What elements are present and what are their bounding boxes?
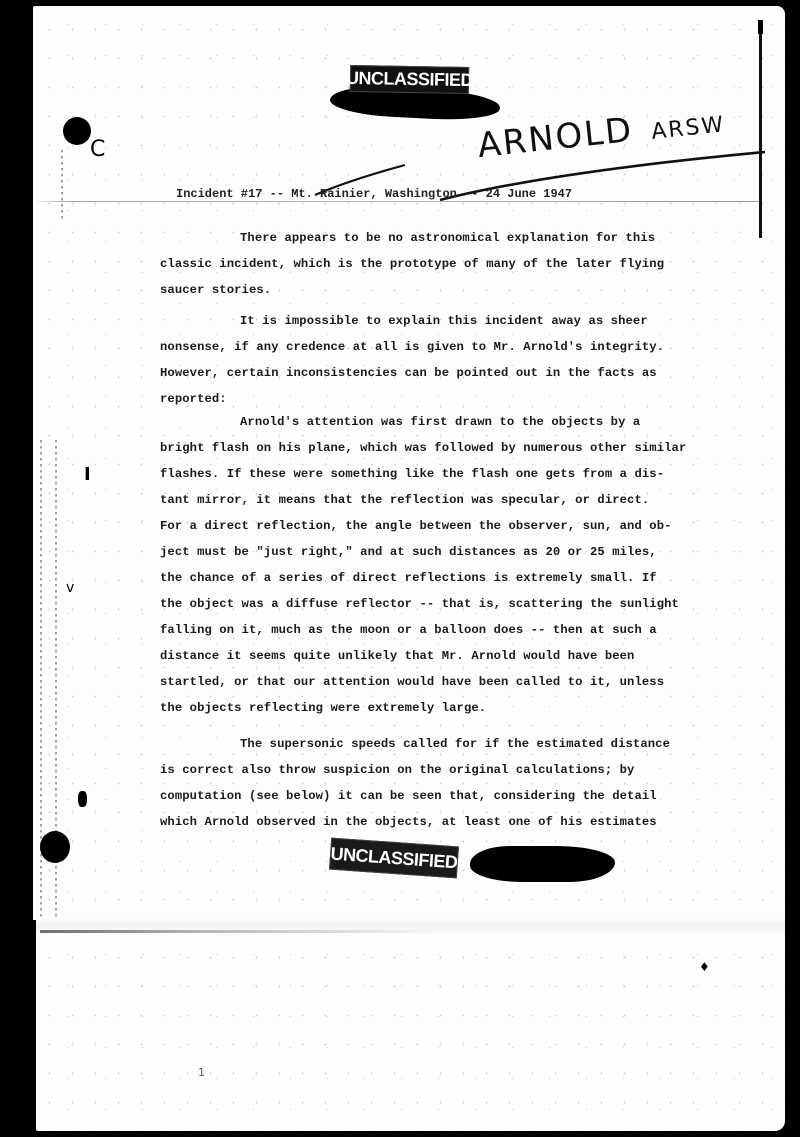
redaction-bottom [470,846,615,882]
paragraph-3: Arnold's attention was first drawn to th… [160,409,660,721]
text-line: falling on it, much as the moon or a bal… [160,617,660,643]
stray-mark: ♦ [699,960,710,974]
text-line: Arnold's attention was first drawn to th… [160,409,660,435]
text-line: the object was a diffuse reflector -- th… [160,591,660,617]
text-line: startled, or that our attention would ha… [160,669,660,695]
text-line: For a direct reflection, the angle betwe… [160,513,660,539]
page-number: 1 [198,1066,205,1079]
margin-letter-mark: C [90,137,105,162]
text-line: which Arnold observed in the objects, at… [160,809,660,835]
punch-mark-small [78,791,87,807]
paragraph-1: There appears to be no astronomical expl… [160,225,660,303]
handwritten-initials: ARSW [650,112,726,145]
classification-stamp-top: UNCLASSIFIED [350,65,469,94]
margin-check-mark: v [66,580,74,596]
text-line: ject must be "just right," and at such d… [160,539,660,565]
text-line: However, certain inconsistencies can be … [160,360,660,386]
text-line: The supersonic speeds called for if the … [160,731,660,757]
page-fold [33,918,785,936]
left-tick-line [61,150,63,220]
text-line: the objects reflecting were extremely la… [160,695,660,721]
paragraph-2: It is impossible to explain this inciden… [160,308,660,412]
text-line: saucer stories. [160,277,660,303]
scan-border [0,920,36,1137]
paragraph-4: The supersonic speeds called for if the … [160,731,660,835]
text-line: the chance of a series of direct reflect… [160,565,660,591]
text-line: is correct also throw suspicion on the o… [160,757,660,783]
fold-shadow [40,930,440,933]
punch-hole-bottom [40,831,70,863]
text-line: There appears to be no astronomical expl… [160,225,660,251]
text-line: classic incident, which is the prototype… [160,251,660,277]
punch-hole-top [63,117,91,145]
incident-heading: Incident #17 -- Mt. Rainier, Washington … [176,187,572,201]
text-line: distance it seems quite unlikely that Mr… [160,643,660,669]
text-line: nonsense, if any credence at all is give… [160,334,660,360]
text-line: bright flash on his plane, which was fol… [160,435,660,461]
margin-bracket-mark: I [84,464,91,485]
text-line: tant mirror, it means that the reflectio… [160,487,660,513]
text-line: flashes. If these were something like th… [160,461,660,487]
text-line: computation (see below) it can be seen t… [160,783,660,809]
text-line: It is impossible to explain this inciden… [160,308,660,334]
heading-rule [33,201,759,202]
